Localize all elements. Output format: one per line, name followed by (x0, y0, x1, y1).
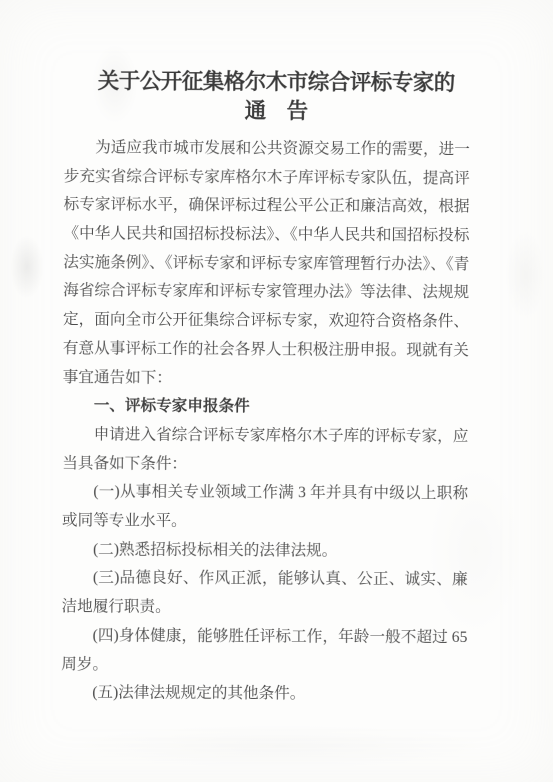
document-title-line1: 关于公开征集格尔木市综合评标专家的 (98, 69, 455, 95)
scan-smudge (80, 726, 480, 766)
condition-item-2: (二)熟悉招标投标相关的法律法规。 (62, 536, 468, 567)
scan-smudge (10, 235, 44, 299)
document-body: 为适应我市城市发展和公共资源交易工作的需要，进一步充实省综合评标专家库格尔木子库… (61, 134, 470, 710)
scanned-document-page: 关于公开征集格尔木市综合评标专家的 通 告 为适应我市城市发展和公共资源交易工作… (0, 0, 553, 782)
document-title: 关于公开征集格尔木市综合评标专家的 通 告 (82, 67, 470, 126)
document-title-line2: 通 告 (245, 99, 308, 123)
condition-item-5: (五)法律法规规定的其他条件。 (61, 679, 467, 710)
section1-heading: 一、评标专家申报条件 (62, 392, 468, 423)
intro-paragraph: 为适应我市城市发展和公共资源交易工作的需要，进一步充实省综合评标专家库格尔木子库… (63, 134, 470, 394)
section1-intro: 申请进入省综合评标专家库格尔木子库的评标专家，应当具备如下条件： (62, 421, 468, 481)
scan-smudge (505, 230, 545, 320)
condition-item-1: (一)从事相关专业领域工作满 3 年并具有中级以上职称或同等专业水平。 (62, 478, 468, 538)
condition-item-3: (三)品德良好、作风正派，能够认真、公正、诚实、廉洁地履行职责。 (61, 564, 467, 624)
condition-item-4: (四)身体健康，能够胜任评标工作，年龄一般不超过 65 周岁。 (61, 622, 467, 682)
document-content: 关于公开征集格尔木市综合评标专家的 通 告 为适应我市城市发展和公共资源交易工作… (61, 67, 470, 710)
